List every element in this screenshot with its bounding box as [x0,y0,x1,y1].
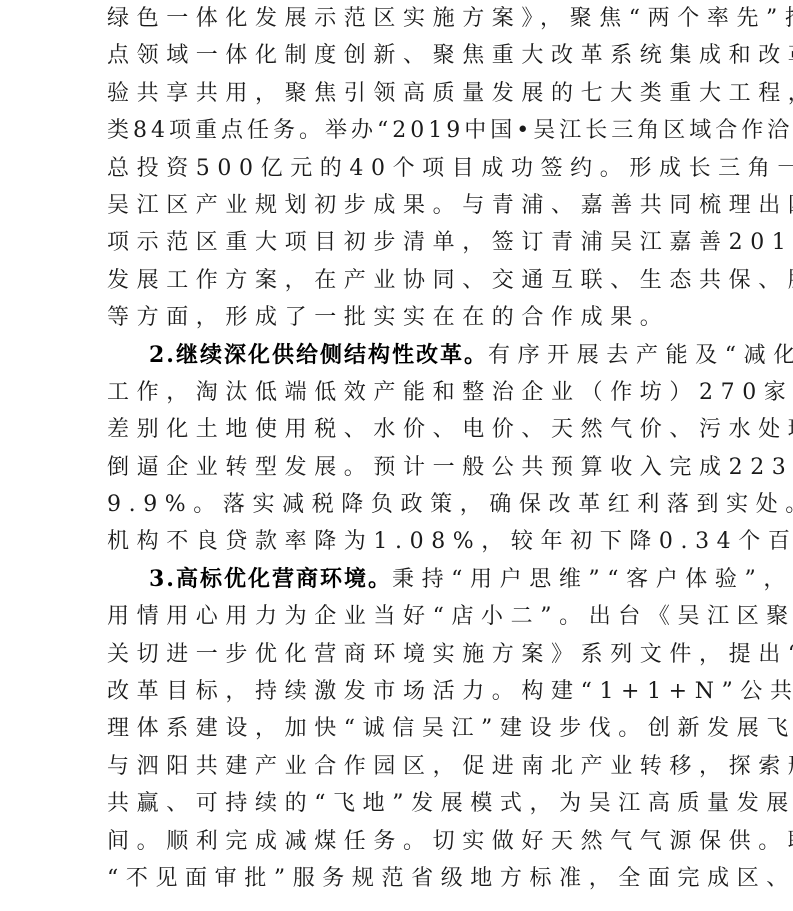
text-line: 绿色一体化发展示范区实施方案》，聚焦“两个率先”推进重 [107,0,691,37]
text-line: 理体系建设，加快“诚信吴江”建设步伐。创新发展飞地经济， [107,710,691,747]
section-3-paragraph: 3.高标优化营商环境。秉持“用户思维”“客户体验”， 用情用心用力为企业当好“店… [107,561,691,898]
text-line: 用情用心用力为企业当好“店小二”。出台《吴江区聚焦企业 [107,598,691,635]
paragraph-continuation: 绿色一体化发展示范区实施方案》，聚焦“两个率先”推进重 点领域一体化制度创新、聚… [107,0,691,337]
text-line: 总投资500亿元的40个项目成功签约。形成长三角一体化背景下 [107,150,691,187]
text-line: 点领域一体化制度创新、聚焦重大改革系统集成和改革试点经 [107,37,691,74]
section-heading-line: 2.继续深化供给侧结构性改革。有序开展去产能及“减化” [107,337,691,374]
document-page: 绿色一体化发展示范区实施方案》，聚焦“两个率先”推进重 点领域一体化制度创新、聚… [107,0,691,897]
text-line: 机构不良贷款率降为1.08%，较年初下降0.34个百分点。 [107,523,691,560]
text-line: 发展工作方案，在产业协同、交通互联、生态共保、服务共享 [107,262,691,299]
text-line: 改革目标，持续激发市场活力。构建“1+1+N”公共信用信息管 [107,673,691,710]
text-line: 与泗阳共建产业合作园区，促进南北产业转移，探索形成高效、 [107,748,691,785]
section-heading-line: 3.高标优化营商环境。秉持“用户思维”“客户体验”， [107,561,691,598]
text-line: 吴江区产业规划初步成果。与青浦、嘉善共同梳理出四大类45 [107,187,691,224]
section-2-paragraph: 2.继续深化供给侧结构性改革。有序开展去产能及“减化” 工作，淘汰低端低效产能和… [107,337,691,561]
text-line: 类84项重点任务。举办“2019中国•吴江长三角区域合作洽谈会”， [107,112,691,149]
text-line: 关切进一步优化营商环境实施方案》系列文件，提出“1330” [107,636,691,673]
text-line: 项示范区重大项目初步清单，签订青浦吴江嘉善2019年一体化 [107,224,691,261]
text-line: 9.9%。落实减税降负政策，确保改革红利落到实处。全区金融 [107,486,691,523]
section-3-first-line-text: 秉持“用户思维”“客户体验”， [392,567,793,592]
text-line: 间。顺利完成减煤任务。切实做好天然气气源保供。联合发布 [107,823,691,860]
section-2-heading: 2.继续深化供给侧结构性改革。 [149,342,488,368]
text-line: “不见面审批”服务规范省级地方标准，全面完成区、镇（街 [107,860,691,897]
section-2-first-line-text: 有序开展去产能及“减化” [488,343,793,368]
text-line: 等方面，形成了一批实实在在的合作成果。 [107,299,691,336]
text-line: 工作，淘汰低端低效产能和整治企业（作坊）270家。全面开展 [107,374,691,411]
text-line: 差别化土地使用税、水价、电价、天然气价、污水处理费征收， [107,411,691,448]
text-line: 共赢、可持续的“飞地”发展模式，为吴江高质量发展腾挪空 [107,785,691,822]
text-line: 验共享共用，聚焦引领高质量发展的七大类重大工程，拟定21 [107,75,691,112]
section-3-heading: 3.高标优化营商环境。 [149,566,392,592]
text-line: 倒逼企业转型发展。预计一般公共预算收入完成223亿元，增长 [107,449,691,486]
